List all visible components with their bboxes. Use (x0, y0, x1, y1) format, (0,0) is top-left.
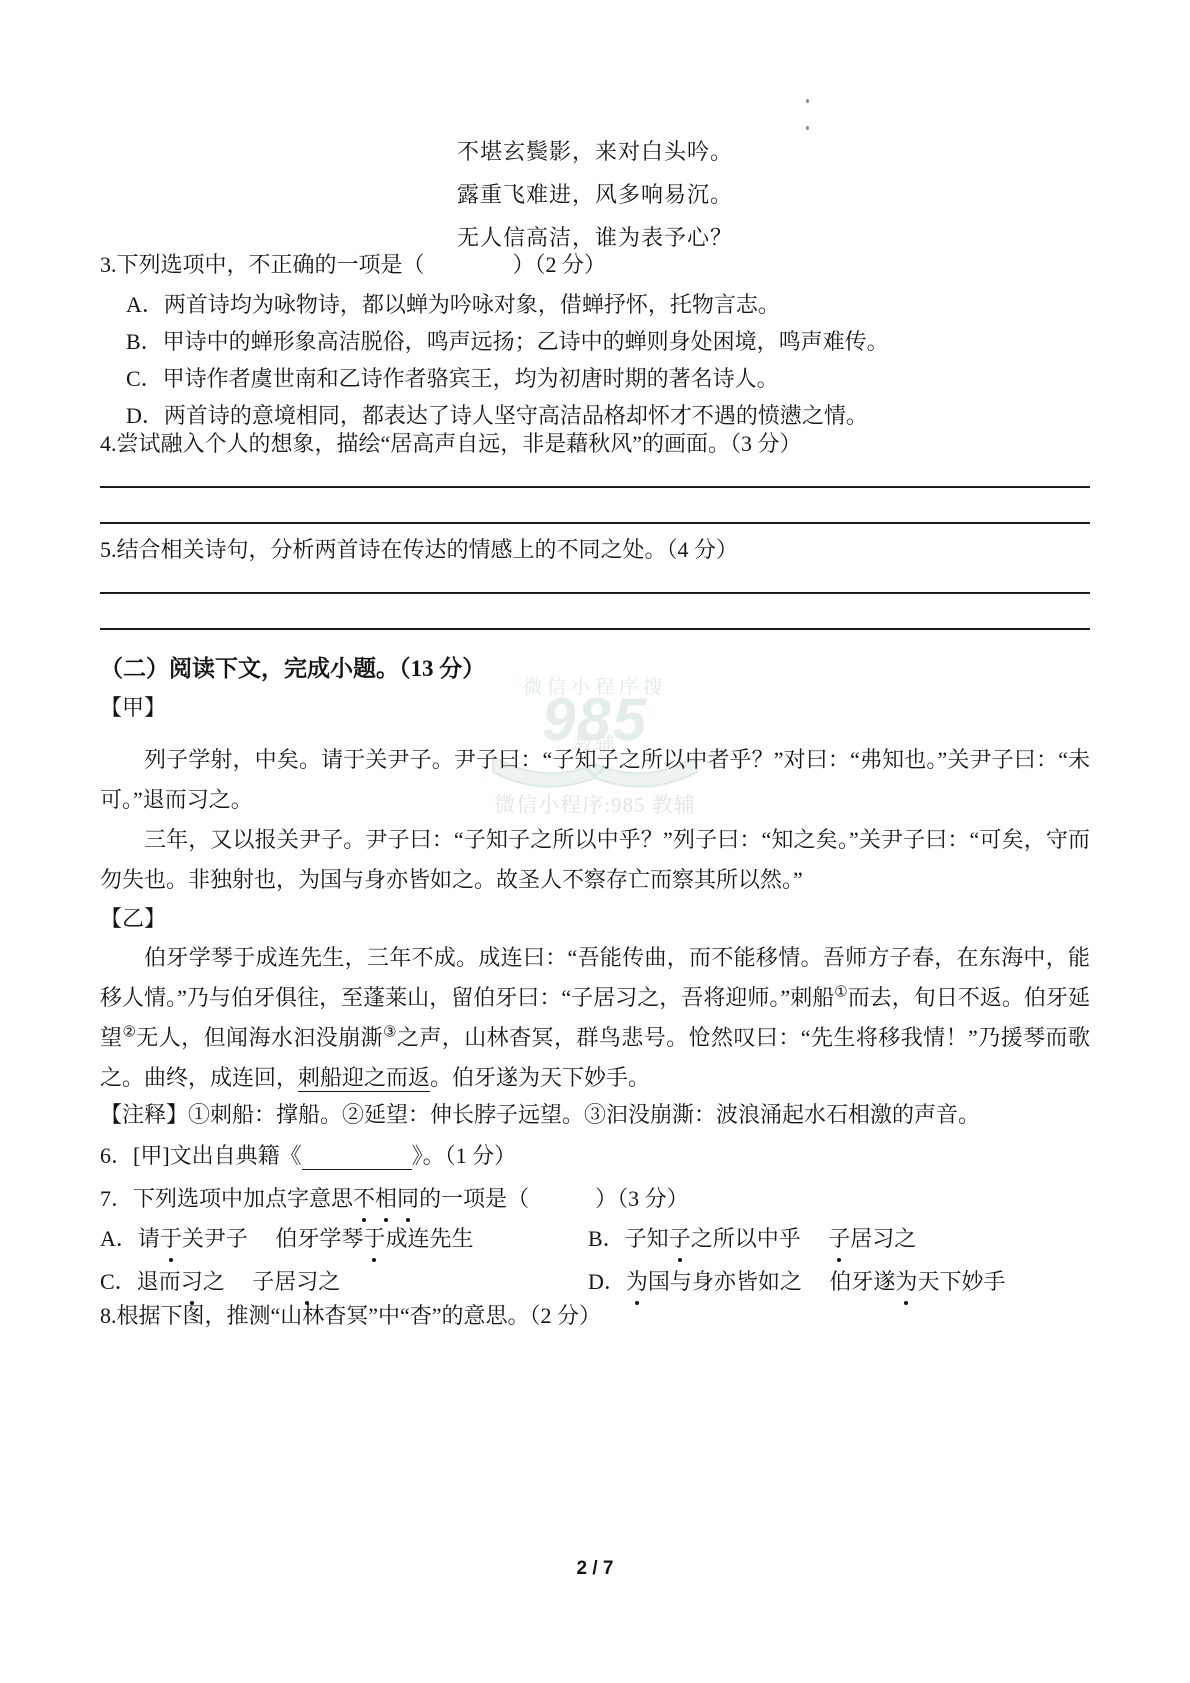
option-a: A．请于关尹子 伯牙学琴于成连先生 (100, 1221, 588, 1257)
question-7-options-row-2: C．退而习之 子居习之 D．为国与身亦皆如之 伯牙遂为天下妙手 (100, 1264, 1090, 1300)
passage-jia-paragraph-1: 列子学射，中矣。请于关尹子。尹子曰：“子知子之所以中者乎？”对曰：“弗知也。”关… (100, 740, 1090, 820)
option-c: C．退而习之 子居习之 (100, 1264, 588, 1300)
option-a: A．两首诗均为咏物诗，都以蝉为吟咏对象，借蝉抒怀，托物言志。 (126, 286, 1116, 323)
answer-line (100, 628, 1090, 630)
question-6-stem: 6．[甲]文出自典籍《 》。（1 分） (100, 1138, 1090, 1174)
page-number: 2 / 7 (0, 1558, 1190, 1580)
option-b: B．甲诗中的蝉形象高洁脱俗，鸣声远扬；乙诗中的蝉则身处困境，鸣声难传。 (126, 323, 1116, 360)
scan-speck (806, 99, 809, 103)
passage-notes: 【注释】①刺船：撑船。②延望：伸长脖子远望。③汩没崩澌：波浪涌起水石相激的声音。 (100, 1097, 1090, 1133)
question-8-stem: 8.根据下图，推测“山林杳冥”中“杳”的意思。（2 分） (100, 1298, 1090, 1334)
poem-block: 不堪玄鬓影，来对白头吟。 露重飞难进，风多响易沉。 无人信高洁，谁为表予心？ (0, 130, 1190, 259)
question-3-options: A．两首诗均为咏物诗，都以蝉为吟咏对象，借蝉抒怀，托物言志。 B．甲诗中的蝉形象… (100, 286, 1116, 434)
option-b: B．子知子之所以中乎 子居习之 (588, 1221, 1090, 1257)
answer-line (100, 486, 1090, 488)
answer-line (100, 592, 1090, 594)
passage-jia-label: 【甲】 (100, 690, 1090, 726)
section-2-header: （二）阅读下文，完成小题。（13 分） (100, 650, 1090, 683)
exam-paper-page: 微信小程序搜 985 教辅 微信小程序:985 教辅 不堪玄鬓影，来对白头吟。 … (0, 0, 1190, 1683)
question-4-stem: 4.尝试融入个人的想象，描绘“居高声自远，非是藉秋风”的画面。（3 分） (100, 426, 1090, 462)
option-d: D．为国与身亦皆如之 伯牙遂为天下妙手 (588, 1264, 1090, 1300)
question-3-stem: 3.下列选项中，不正确的一项是（ ）（2 分） (100, 247, 1090, 283)
poem-line: 露重飞难进，风多响易沉。 (0, 173, 1190, 216)
question-5-stem: 5.结合相关诗句，分析两首诗在传达的情感上的不同之处。（4 分） (100, 532, 1090, 568)
passage-jia-paragraph-2: 三年，又以报关尹子。尹子曰：“子知子之所以中乎？”列子曰：“知之矣。”关尹子曰：… (100, 820, 1090, 900)
option-c: C．甲诗作者虞世南和乙诗作者骆宾王，均为初唐时期的著名诗人。 (126, 360, 1116, 397)
question-7-stem: 7．下列选项中加点字意思不相同的一项是（ ）（3 分） (100, 1181, 1090, 1217)
question-7-options-row-1: A．请于关尹子 伯牙学琴于成连先生 B．子知子之所以中乎 子居习之 (100, 1221, 1090, 1257)
passage-yi-label: 【乙】 (100, 901, 1090, 937)
poem-line: 不堪玄鬓影，来对白头吟。 (0, 130, 1190, 173)
passage-yi-paragraph-1: 伯牙学琴于成连先生，三年不成。成连曰：“吾能传曲，而不能移情。吾师方子春，在东海… (100, 938, 1090, 1098)
answer-line (100, 522, 1090, 524)
